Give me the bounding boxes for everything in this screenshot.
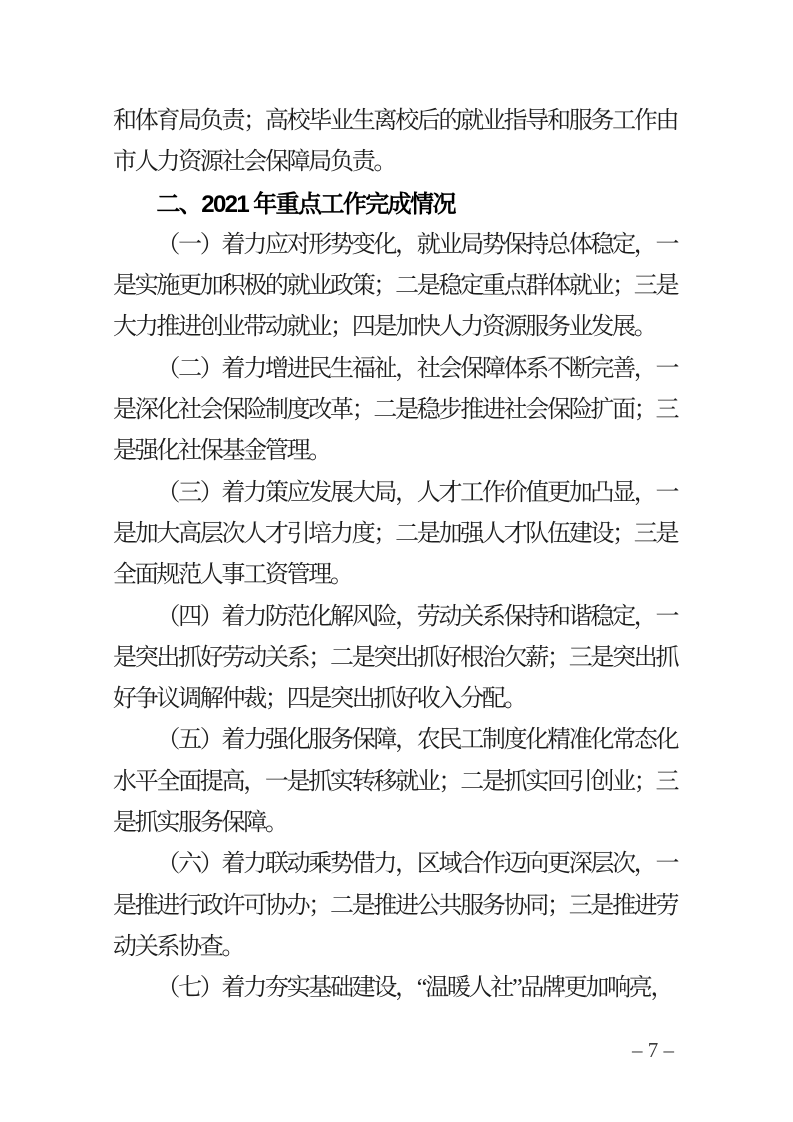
- body-line: 动关系协查。: [113, 927, 679, 968]
- body-line: 大力推进创业带动就业；四是加快人力资源服务业发展。: [113, 307, 679, 348]
- body-line: 是突出抓好劳动关系；二是突出抓好根治欠薪；三是突出抓: [113, 638, 679, 679]
- page-number: – 7 –: [632, 1039, 674, 1061]
- body-line: （四）着力防范化解风险，劳动关系保持和谐稳定，一: [113, 597, 679, 638]
- body-line: （三）着力策应发展大局，人才工作价值更加凸显，一: [113, 473, 679, 514]
- body-line: （二）着力增进民生福祉，社会保障体系不断完善，一: [113, 349, 679, 390]
- body-line: 是抓实服务保障。: [113, 803, 679, 844]
- body-line: 全面规范人事工资管理。: [113, 555, 679, 596]
- body-line: 是推进行政许可协办；二是推进公共服务协同；三是推进劳: [113, 886, 679, 927]
- body-line: （五）着力强化服务保障，农民工制度化精准化常态化: [113, 720, 679, 761]
- section-heading: 二、2021 年重点工作完成情况: [113, 184, 679, 225]
- document-body: 和体育局负责；高校毕业生离校后的就业指导和服务工作由 市人力资源社会保障局负责。…: [113, 101, 679, 1010]
- body-line: （七）着力夯实基础建设，“温暖人社”品牌更加响亮，: [113, 968, 679, 1009]
- body-line: 市人力资源社会保障局负责。: [113, 142, 679, 183]
- body-line: 水平全面提高，一是抓实转移就业；二是抓实回引创业；三: [113, 762, 679, 803]
- body-line: 好争议调解仲裁；四是突出抓好收入分配。: [113, 679, 679, 720]
- body-line: 和体育局负责；高校毕业生离校后的就业指导和服务工作由: [113, 101, 679, 142]
- body-line: （六）着力联动乘势借力，区域合作迈向更深层次，一: [113, 844, 679, 885]
- body-line: 是实施更加积极的就业政策；二是稳定重点群体就业；三是: [113, 266, 679, 307]
- document-page: 和体育局负责；高校毕业生离校后的就业指导和服务工作由 市人力资源社会保障局负责。…: [0, 0, 793, 1122]
- body-line: 是加大高层次人才引培力度；二是加强人才队伍建设；三是: [113, 514, 679, 555]
- body-line: 是深化社会保险制度改革；二是稳步推进社会保险扩面；三: [113, 390, 679, 431]
- body-line: 是强化社保基金管理。: [113, 431, 679, 472]
- body-line: （一）着力应对形势变化，就业局势保持总体稳定，一: [113, 225, 679, 266]
